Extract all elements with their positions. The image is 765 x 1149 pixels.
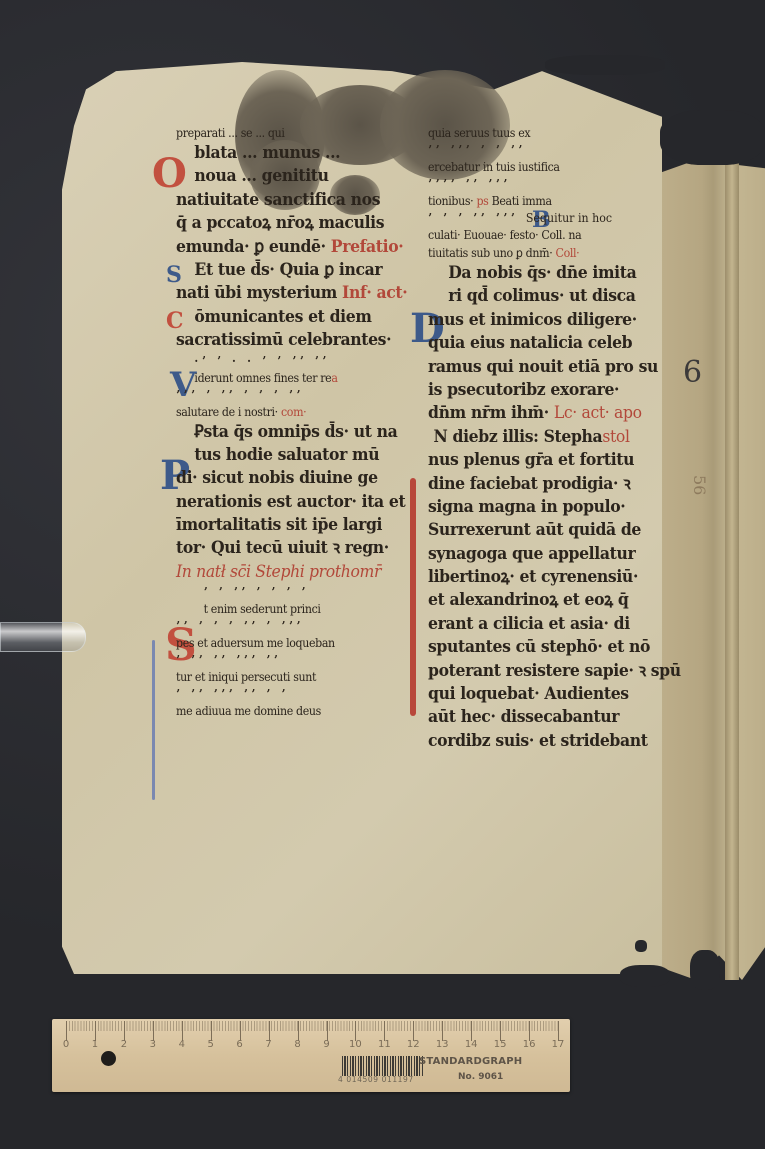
ruler-hang-hole: [101, 1051, 116, 1066]
text-line: tiuitatis sub uno ꝑ dnm̄· Coll·: [428, 244, 640, 262]
text-line: blata ... munus ...: [176, 142, 388, 165]
text-line: aūt hec· dissecabantur: [428, 706, 640, 729]
cm-label: 2: [121, 1039, 127, 1050]
cm-tick: [153, 1021, 154, 1041]
cm-label: 6: [236, 1039, 242, 1050]
cm-tick: [182, 1021, 183, 1041]
cm-label: 3: [150, 1039, 156, 1050]
measuring-ruler: 0 1 2 3 4 5 6 7 8 9 10 11 12 13 14 15 16…: [52, 1019, 570, 1092]
ruler-brand: STANDARDGRAPH: [419, 1056, 522, 1067]
text-line: ri qd̄ colimus· ut disca: [428, 285, 640, 308]
text-line: tor· Qui tecū uiuit ꝛ regn·: [176, 537, 388, 560]
cm-tick: [124, 1021, 125, 1041]
cm-tick: [558, 1021, 559, 1041]
neume-line: ʼʼʼ ʼ ʼʼ ʼ ʼ ʼ ʼʼ: [176, 387, 388, 403]
cm-tick: [269, 1021, 270, 1041]
cm-tick: [327, 1021, 328, 1041]
cm-label: 11: [378, 1039, 391, 1050]
cm-label: 14: [465, 1039, 478, 1050]
text-line: dn̄m nr̄m ihm̄· Lc· act· apo: [428, 402, 640, 425]
cm-tick: [471, 1021, 472, 1041]
cm-tick: [384, 1021, 385, 1041]
cm-tick: [413, 1021, 414, 1041]
neume-line: ʼ ʼ ʼʼ ʼ ʼ ʼ ʼ: [176, 584, 388, 600]
folio-number: 6: [683, 355, 702, 390]
text-line: īmortalitatis sit ip̄e largi: [176, 514, 388, 537]
text-line: poterant resistere sapie· ꝛ spū: [428, 660, 640, 683]
cm-label: 0: [63, 1039, 69, 1050]
barcode: [342, 1056, 424, 1076]
cm-label: 15: [494, 1039, 507, 1050]
neume-line: ʼʼʼʼ ʼʼ ʼʼʼ: [428, 176, 640, 192]
adjacent-leaf: [650, 160, 765, 980]
binding-fold: [725, 160, 739, 980]
tear-hole: [545, 55, 665, 75]
cm-label: 5: [208, 1039, 214, 1050]
neume-line: ·ʼ ʼ · · ʼ ʼ ʼʼ ʼʼ: [176, 353, 388, 369]
text-line: me adiuua me domine deus: [176, 702, 388, 720]
text-line: pes et aduersum me loqueban: [176, 634, 388, 652]
text-line: quia seruus tuus ex: [428, 124, 640, 142]
cm-tick: [298, 1021, 299, 1041]
cm-tick: [211, 1021, 212, 1041]
text-line: N diebz illis: Stephastol: [428, 426, 640, 449]
text-line: is psecutoribz exorare·: [428, 379, 640, 402]
tear-hole: [690, 950, 720, 990]
left-text-column: preparati ... se ... qui blata ... munus…: [176, 124, 406, 720]
text-line: Ꝑsta q̄s omnip̄s d̄s· ut na: [176, 421, 388, 444]
text-line: tur et iniqui persecuti sunt: [176, 668, 388, 686]
text-line: synagoga que appellatur: [428, 543, 640, 566]
text-line: emunda· ꝑ eundē· Prefatio·: [176, 236, 388, 259]
text-line: sacratissimū celebrantes·: [176, 329, 388, 352]
rubric-line: In natł sc̄i Stephi prothomr̄: [176, 561, 388, 584]
text-line: Et tue d̄s· Quia ꝑ incar: [176, 259, 388, 282]
neume-line: ʼʼ ʼ ʼ ʼ ʼʼ ʼ ʼʼʼ: [176, 618, 388, 634]
cm-tick: [355, 1021, 356, 1041]
ruler-mm-ticks: [66, 1021, 558, 1043]
ruler-model: No. 9061: [458, 1072, 503, 1082]
cm-label: 12: [407, 1039, 420, 1050]
text-line: tus hodie saluator mū: [176, 444, 388, 467]
neume-line: ʼʼ ʼʼʼ ʼ ʼ ʼʼ: [428, 142, 640, 158]
text-line: ercebatur in tuis iustifica: [428, 158, 640, 176]
cm-label: 4: [179, 1039, 185, 1050]
neume-line: ʼ ʼʼ ʼʼ ʼʼʼ ʼʼ: [176, 652, 388, 668]
text-line: noua ... genititu: [176, 165, 388, 188]
text-line: Da nobis q̄s· dn̄e imita: [428, 262, 640, 285]
text-line: q̄ a pccatoꝝ nr̄oꝝ maculis: [176, 212, 388, 235]
cm-tick: [500, 1021, 501, 1041]
cm-label: 17: [552, 1039, 565, 1050]
text-line: di· sicut nobis diuine ge: [176, 467, 388, 490]
text-line: erant a cilicia et asia· di: [428, 613, 640, 636]
text-line: tionibus· ps Beati imma: [428, 192, 640, 210]
tear-hole: [660, 110, 765, 165]
text-line: quia eius natalicia celeb: [428, 332, 640, 355]
neume-line: ʼ ʼʼ ʼʼʼ ʼʼ ʼ ʼ: [176, 686, 388, 702]
text-line: et alexandrinoꝝ et eoꝝ q̄: [428, 589, 640, 612]
text-line: cordibz suis· et stridebant: [428, 730, 640, 753]
initial-i: [410, 478, 416, 716]
text-line: signa magna in populo·: [428, 496, 640, 519]
cm-label: 16: [523, 1039, 536, 1050]
text-line: iderunt omnes fines ter rea: [176, 369, 388, 387]
cm-label: 8: [294, 1039, 300, 1050]
neume-line: ʼ ʼ ʼ ʼʼ ʼʼʼ Sequitur in hoc: [428, 210, 640, 226]
cm-label: 13: [436, 1039, 449, 1050]
text-line: sputantes cū stephō· et nō: [428, 636, 640, 659]
text-line: dine faciebat prodigia· ꝛ: [428, 473, 640, 496]
pencil-note: 56: [690, 475, 709, 495]
cm-tick: [240, 1021, 241, 1041]
cm-label: 7: [265, 1039, 271, 1050]
margin-flourish: [152, 640, 155, 800]
cm-tick: [442, 1021, 443, 1041]
text-line: t enim sederunt princi: [176, 600, 388, 618]
text-line: libertinoꝝ· et cyrenensiū·: [428, 566, 640, 589]
text-line: salutare de i nostri· com·: [176, 403, 388, 421]
text-line: mus et inimicos diligere·: [428, 309, 640, 332]
text-line: nerationis est auctor· ita et: [176, 491, 388, 514]
text-line: nus plenus gr̄a et fortitu: [428, 449, 640, 472]
cm-label: 9: [323, 1039, 329, 1050]
glass-weight-rod: [0, 622, 86, 652]
cm-tick: [95, 1021, 96, 1041]
text-line: preparati ... se ... qui: [176, 124, 388, 142]
text-line: ōmunicantes et diem: [176, 306, 388, 329]
right-text-column: quia seruus tuus ex ʼʼ ʼʼʼ ʼ ʼ ʼʼ erceba…: [428, 124, 658, 753]
cm-tick: [66, 1021, 67, 1041]
text-line: culati· Euouae· festo· Coll. na: [428, 226, 640, 244]
tear-hole: [620, 965, 670, 987]
text-line: natiuitate sanctifica nos: [176, 189, 388, 212]
text-line: Surrexerunt aūt quidā de: [428, 519, 640, 542]
cm-label: 10: [349, 1039, 362, 1050]
cm-tick: [529, 1021, 530, 1041]
barcode-number: 4 014509 011197: [338, 1075, 414, 1084]
cm-label: 1: [92, 1039, 98, 1050]
tear-hole: [635, 940, 647, 952]
text-line: ramus qui nouit etiā pro su: [428, 356, 640, 379]
text-line: nati ūbi mysterium Inf· act·: [176, 282, 388, 305]
text-line: qui loquebat· Audientes: [428, 683, 640, 706]
